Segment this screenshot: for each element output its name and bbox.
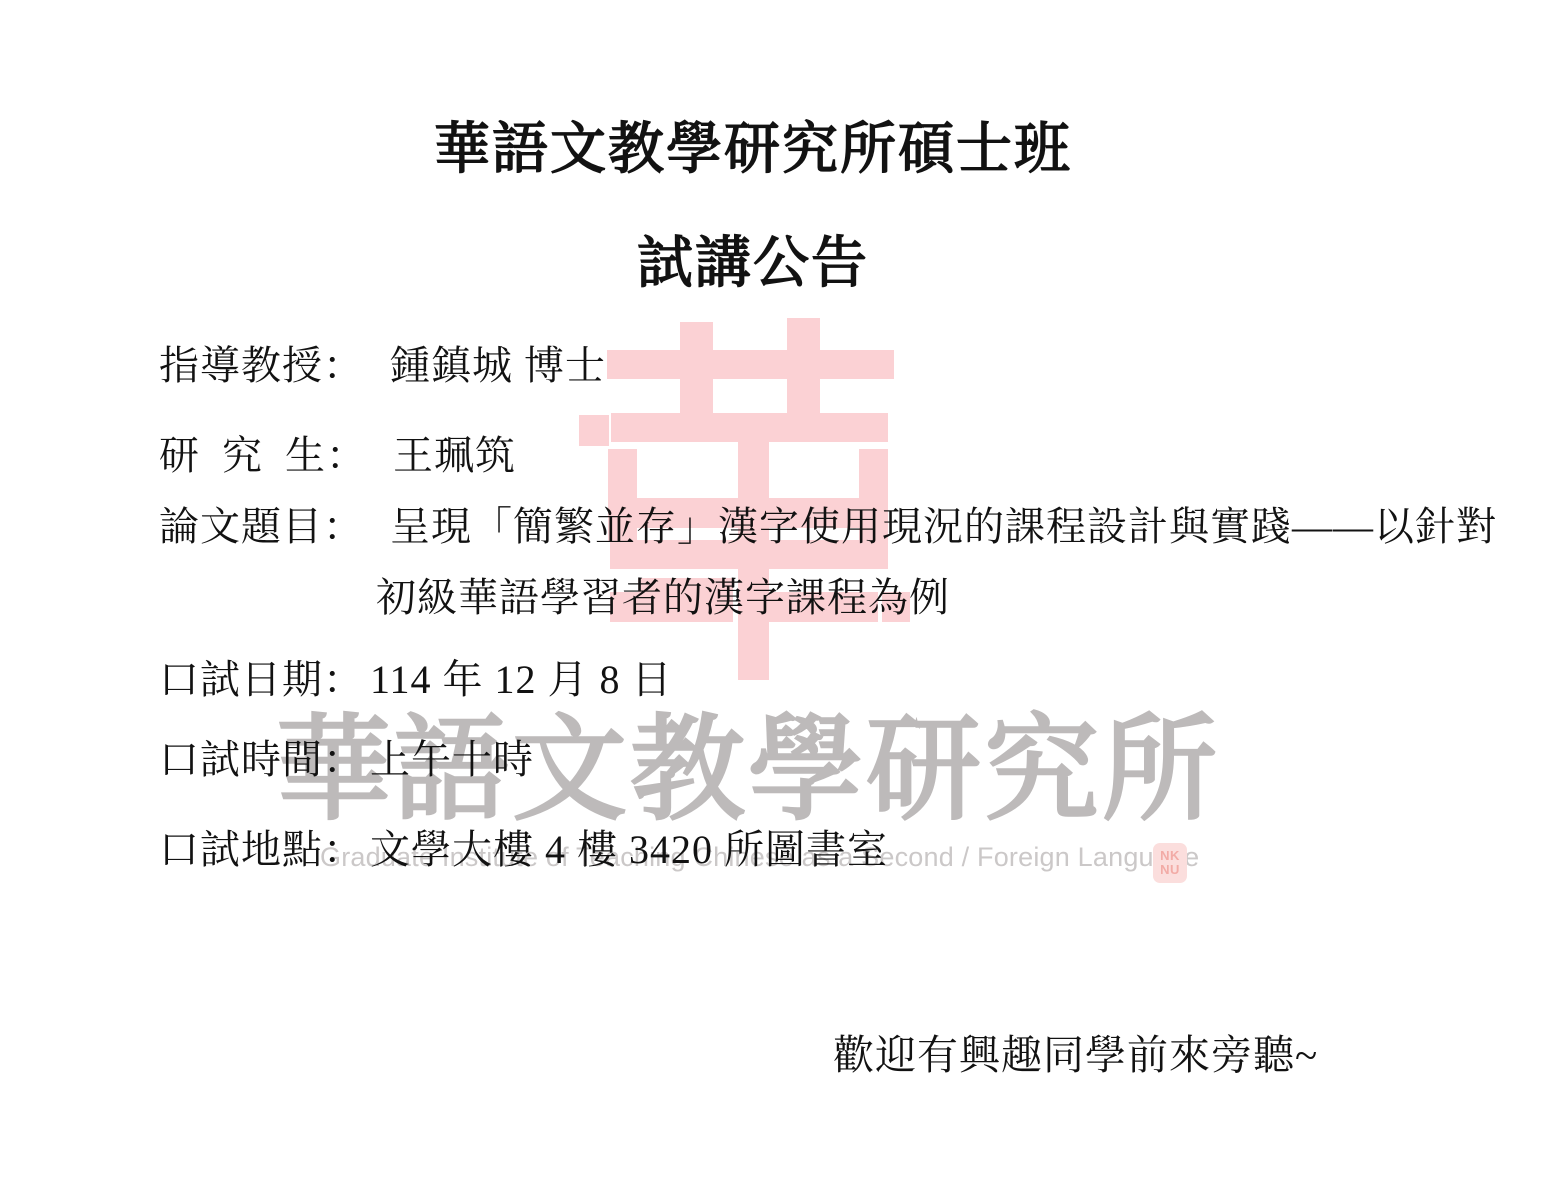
exam-time-value: 上午十時 — [370, 737, 534, 782]
exam-location-value: 文學大樓 4 樓 3420 所圖書室 — [370, 827, 888, 872]
exam-time-label: 口試時間： — [159, 737, 364, 782]
field-row-exam-location: 口試地點：文學大樓 4 樓 3420 所圖書室 — [115, 778, 888, 922]
title-institute: 華語文教學研究所碩士班 — [0, 122, 1506, 178]
announcement-page: 華語文教學研究所 Graduate Institute of Teaching … — [0, 0, 1553, 1200]
advisor-label: 指導教授： — [159, 343, 364, 388]
exam-location-label: 口試地點： — [159, 827, 364, 872]
title-announcement: 試講公告 — [0, 236, 1506, 292]
page-title: 華語文教學研究所碩士班 試講公告 — [0, 86, 1506, 328]
nknu-logo-text-bottom: NU — [1160, 863, 1180, 877]
nknu-logo-text-top: NK — [1160, 849, 1180, 863]
closing-welcome-line: 歡迎有興趣同學前來旁聽~ — [833, 1022, 1318, 1081]
nknu-logo: NK NU — [1153, 843, 1187, 883]
advisor-value: 鍾鎮城 博士 — [390, 343, 606, 388]
